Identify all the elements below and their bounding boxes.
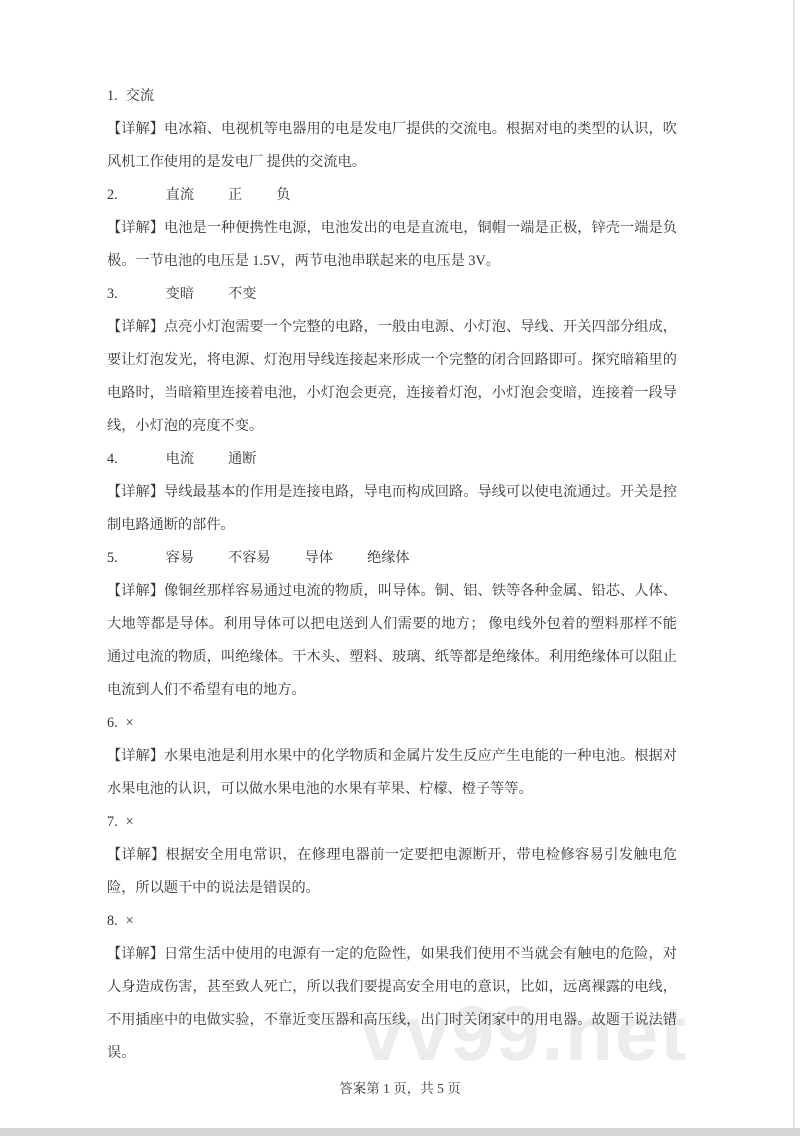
answer-value: 电流 <box>166 451 194 467</box>
answer-value: × <box>126 814 134 830</box>
answer-value: 绝缘体 <box>367 550 410 566</box>
answer-line: 3.变暗不变 <box>107 278 677 311</box>
item-detail: 【详解】像铜丝那样容易通过电流的物质，叫导体。铜、铝、铁等各种金属、铅芯、人体、… <box>107 575 677 707</box>
item-detail: 【详解】水果电池是利用水果中的化学物质和金属片发生反应产生电能的一种电池。根据对… <box>107 740 677 806</box>
answer-item: 4.电流通断 【详解】导线最基本的作用是连接电路，导电而构成回路。导线可以使电流… <box>107 443 677 542</box>
answer-item: 6.× 【详解】水果电池是利用水果中的化学物质和金属片发生反应产生电能的一种电池… <box>107 707 677 806</box>
item-detail: 【详解】导线最基本的作用是连接电路，导电而构成回路。导线可以使电流通过。开关是控… <box>107 476 677 542</box>
item-answers: 电流通断 <box>166 451 257 467</box>
item-detail: 【详解】电池是一种便携性电源，电池发出的电是直流电，铜帽一端是正极，锌壳一端是负… <box>107 212 677 278</box>
item-number: 1. <box>107 88 118 104</box>
answer-item: 7.× 【详解】根据安全用电常识，在修理电器前一定要把电源断开，带电检修容易引发… <box>107 806 677 905</box>
item-answers: × <box>126 814 134 830</box>
answer-line: 8.× <box>107 905 677 938</box>
item-detail: 【详解】根据安全用电常识，在修理电器前一定要把电源断开，带电检修容易引发触电危险… <box>107 839 677 905</box>
answer-value: 不变 <box>228 286 256 302</box>
answer-value: × <box>126 715 134 731</box>
answer-item: 2.直流正负 【详解】电池是一种便携性电源，电池发出的电是直流电，铜帽一端是正极… <box>107 179 677 278</box>
answer-value: 容易 <box>166 550 194 566</box>
item-number: 3. <box>107 286 118 302</box>
item-number: 5. <box>107 550 118 566</box>
answers-list: 1.交流 【详解】电冰箱、电视机等电器用的电是发电厂提供的交流电。根据对电的类型… <box>107 80 677 1070</box>
item-answers: × <box>126 913 134 929</box>
item-answers: × <box>126 715 134 731</box>
answer-line: 5.容易不容易导体绝缘体 <box>107 542 677 575</box>
item-detail: 【详解】电冰箱、电视机等电器用的电是发电厂提供的交流电。根据对电的类型的认识，吹… <box>107 113 677 179</box>
answer-line: 1.交流 <box>107 80 677 113</box>
answer-item: 3.变暗不变 【详解】点亮小灯泡需要一个完整的电路，一般由电源、小灯泡、导线、开… <box>107 278 677 443</box>
item-number: 7. <box>107 814 118 830</box>
answer-item: 5.容易不容易导体绝缘体 【详解】像铜丝那样容易通过电流的物质，叫导体。铜、铝、… <box>107 542 677 707</box>
item-number: 6. <box>107 715 118 731</box>
page-footer: 答案第 1 页，共 5 页 <box>0 1077 800 1097</box>
item-number: 8. <box>107 913 118 929</box>
answer-value: 正 <box>228 187 242 203</box>
answer-line: 4.电流通断 <box>107 443 677 476</box>
answer-line: 6.× <box>107 707 677 740</box>
answer-value: 负 <box>276 187 290 203</box>
answer-value: 不容易 <box>228 550 271 566</box>
answer-value: 变暗 <box>166 286 194 302</box>
item-answers: 容易不容易导体绝缘体 <box>166 550 410 566</box>
item-answers: 直流正负 <box>166 187 291 203</box>
answer-line: 7.× <box>107 806 677 839</box>
item-number: 2. <box>107 187 118 203</box>
item-answers: 变暗不变 <box>166 286 257 302</box>
answer-item: 8.× 【详解】日常生活中使用的电源有一定的危险性，如果我们使用不当就会有触电的… <box>107 905 677 1070</box>
answer-value: × <box>126 913 134 929</box>
item-answers: 交流 <box>126 88 154 104</box>
item-detail: 【详解】日常生活中使用的电源有一定的危险性，如果我们使用不当就会有触电的危险，对… <box>107 938 677 1070</box>
answer-value: 通断 <box>228 451 256 467</box>
answer-line: 2.直流正负 <box>107 179 677 212</box>
answer-value: 导体 <box>305 550 333 566</box>
answer-item: 1.交流 【详解】电冰箱、电视机等电器用的电是发电厂提供的交流电。根据对电的类型… <box>107 80 677 179</box>
answer-value: 直流 <box>166 187 194 203</box>
answer-value: 交流 <box>126 88 154 104</box>
horizontal-scrollbar[interactable] <box>0 1128 800 1136</box>
page-right-edge <box>793 0 795 1128</box>
item-detail: 【详解】点亮小灯泡需要一个完整的电路，一般由电源、小灯泡、导线、开关四部分组成，… <box>107 311 677 443</box>
item-number: 4. <box>107 451 118 467</box>
